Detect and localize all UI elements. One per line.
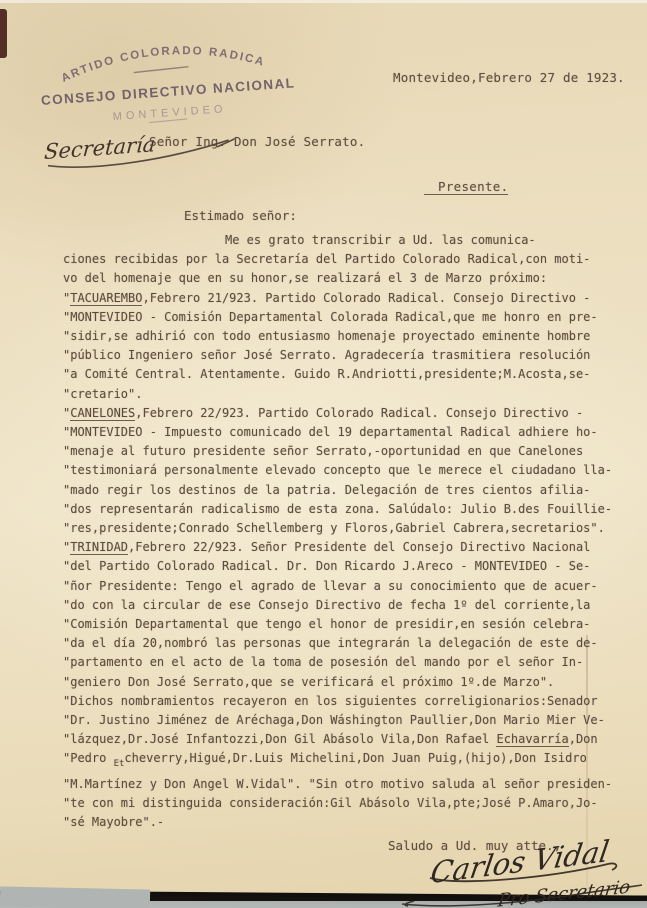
letter-line: "del Partido Colorado Radical. Dr. Don R… [63,557,623,576]
letter-line: "cretario". [63,385,623,404]
scan-gray-corner [0,886,150,908]
scan-top-edge [0,0,647,3]
letter-body: Me es grato transcribir a Ud. las comuni… [63,231,623,832]
letter-line: "lázquez,Dr.José Infantozzi,Don Gil Abás… [63,730,623,749]
letter-line: "Comisión Departamental que tengo el hon… [63,615,623,634]
letter-line: "testimoniará personalmente elevado conc… [63,461,623,480]
letter-line: "da el día 20,nombró las personas que in… [63,634,623,653]
letter-line: "M.Martínez y Don Angel W.Vidal". "Sin o… [63,775,623,794]
letter-line: "MONTEVIDEO - Comisión Departamental Col… [63,308,623,327]
letter-date: Montevideo,Febrero 27 de 1923. [393,70,625,85]
letter-line: "menaje al futuro presidente señor Serra… [63,442,623,461]
letter-line: "res,presidente;Conrado Schellemberg y F… [63,519,623,538]
letter-line: "TACUAREMBO,Febrero 21/923. Partido Colo… [63,289,623,308]
letter-line: "geniero Don José Serrato,que se verific… [63,673,623,692]
letter-line: "TRINIDAD,Febrero 22/923. Señor Presiden… [63,538,623,557]
party-stamp: PARTIDO COLORADO RADICAL CONSEJO DIRECTI… [31,15,312,193]
letter-line: "Pedro Etcheverry,Higué,Dr.Luis Michelin… [63,749,623,774]
signature-title: Pro Secretario [496,877,632,908]
letter-line: vo del homenaje que en su honor,se reali… [63,269,623,288]
letter-line: "sidir,se adhirió con todo entusiasmo ho… [63,327,623,346]
letter-line: "público Ingeniero señor José Serrato. A… [63,346,623,365]
letter-line: "dos representarán radicalismo de esta z… [63,500,623,519]
letter-line: "sé Mayobre".- [63,813,623,832]
letter-line: "Dr. Justino Jiménez de Aréchaga,Don Wás… [63,711,623,730]
stamp-rule-top [134,67,189,73]
letter-presente: Presente. [424,179,508,195]
left-edge-mark [0,9,7,58]
letter-line: "MONTEVIDEO - Impuesto comunicado del 19… [63,423,623,442]
presente-text: Presente. [424,179,508,195]
letter-addressee: Señor Ing. Don José Serrato. [149,134,365,149]
letter-line: "partamento en el acto de la toma de pos… [63,653,623,672]
letter-line: "Dichos nombramientos recayeron en los s… [63,692,623,711]
letter-salutation: Estimado señor: [184,208,297,223]
letter-line: "a Comité Central. Atentamente. Guido R.… [63,365,623,384]
letter-line: "mado regir los destinos de la patria. D… [63,481,623,500]
stamp-handwritten-secretaria: Secretaría [43,131,156,164]
letter-line: "CANELONES,Febrero 22/923. Partido Color… [63,404,623,423]
letter-line: ciones recibidas por la Secretaría del P… [63,250,623,269]
letter-line: Me es grato transcribir a Ud. las comuni… [63,231,623,250]
letter-line: "ñor Presidente: Tengo el agrado de llev… [63,577,623,596]
scanned-letter: PARTIDO COLORADO RADICAL CONSEJO DIRECTI… [0,0,647,908]
letter-line: "te con mi distinguida consideración:Gil… [63,794,623,813]
stamp-line-consejo: CONSEJO DIRECTIVO NACIONAL [41,75,296,108]
signature-block: Carlos Vidal Pro Secretario [400,838,647,908]
letter-line: "do con la circular de ese Consejo Direc… [63,596,623,615]
